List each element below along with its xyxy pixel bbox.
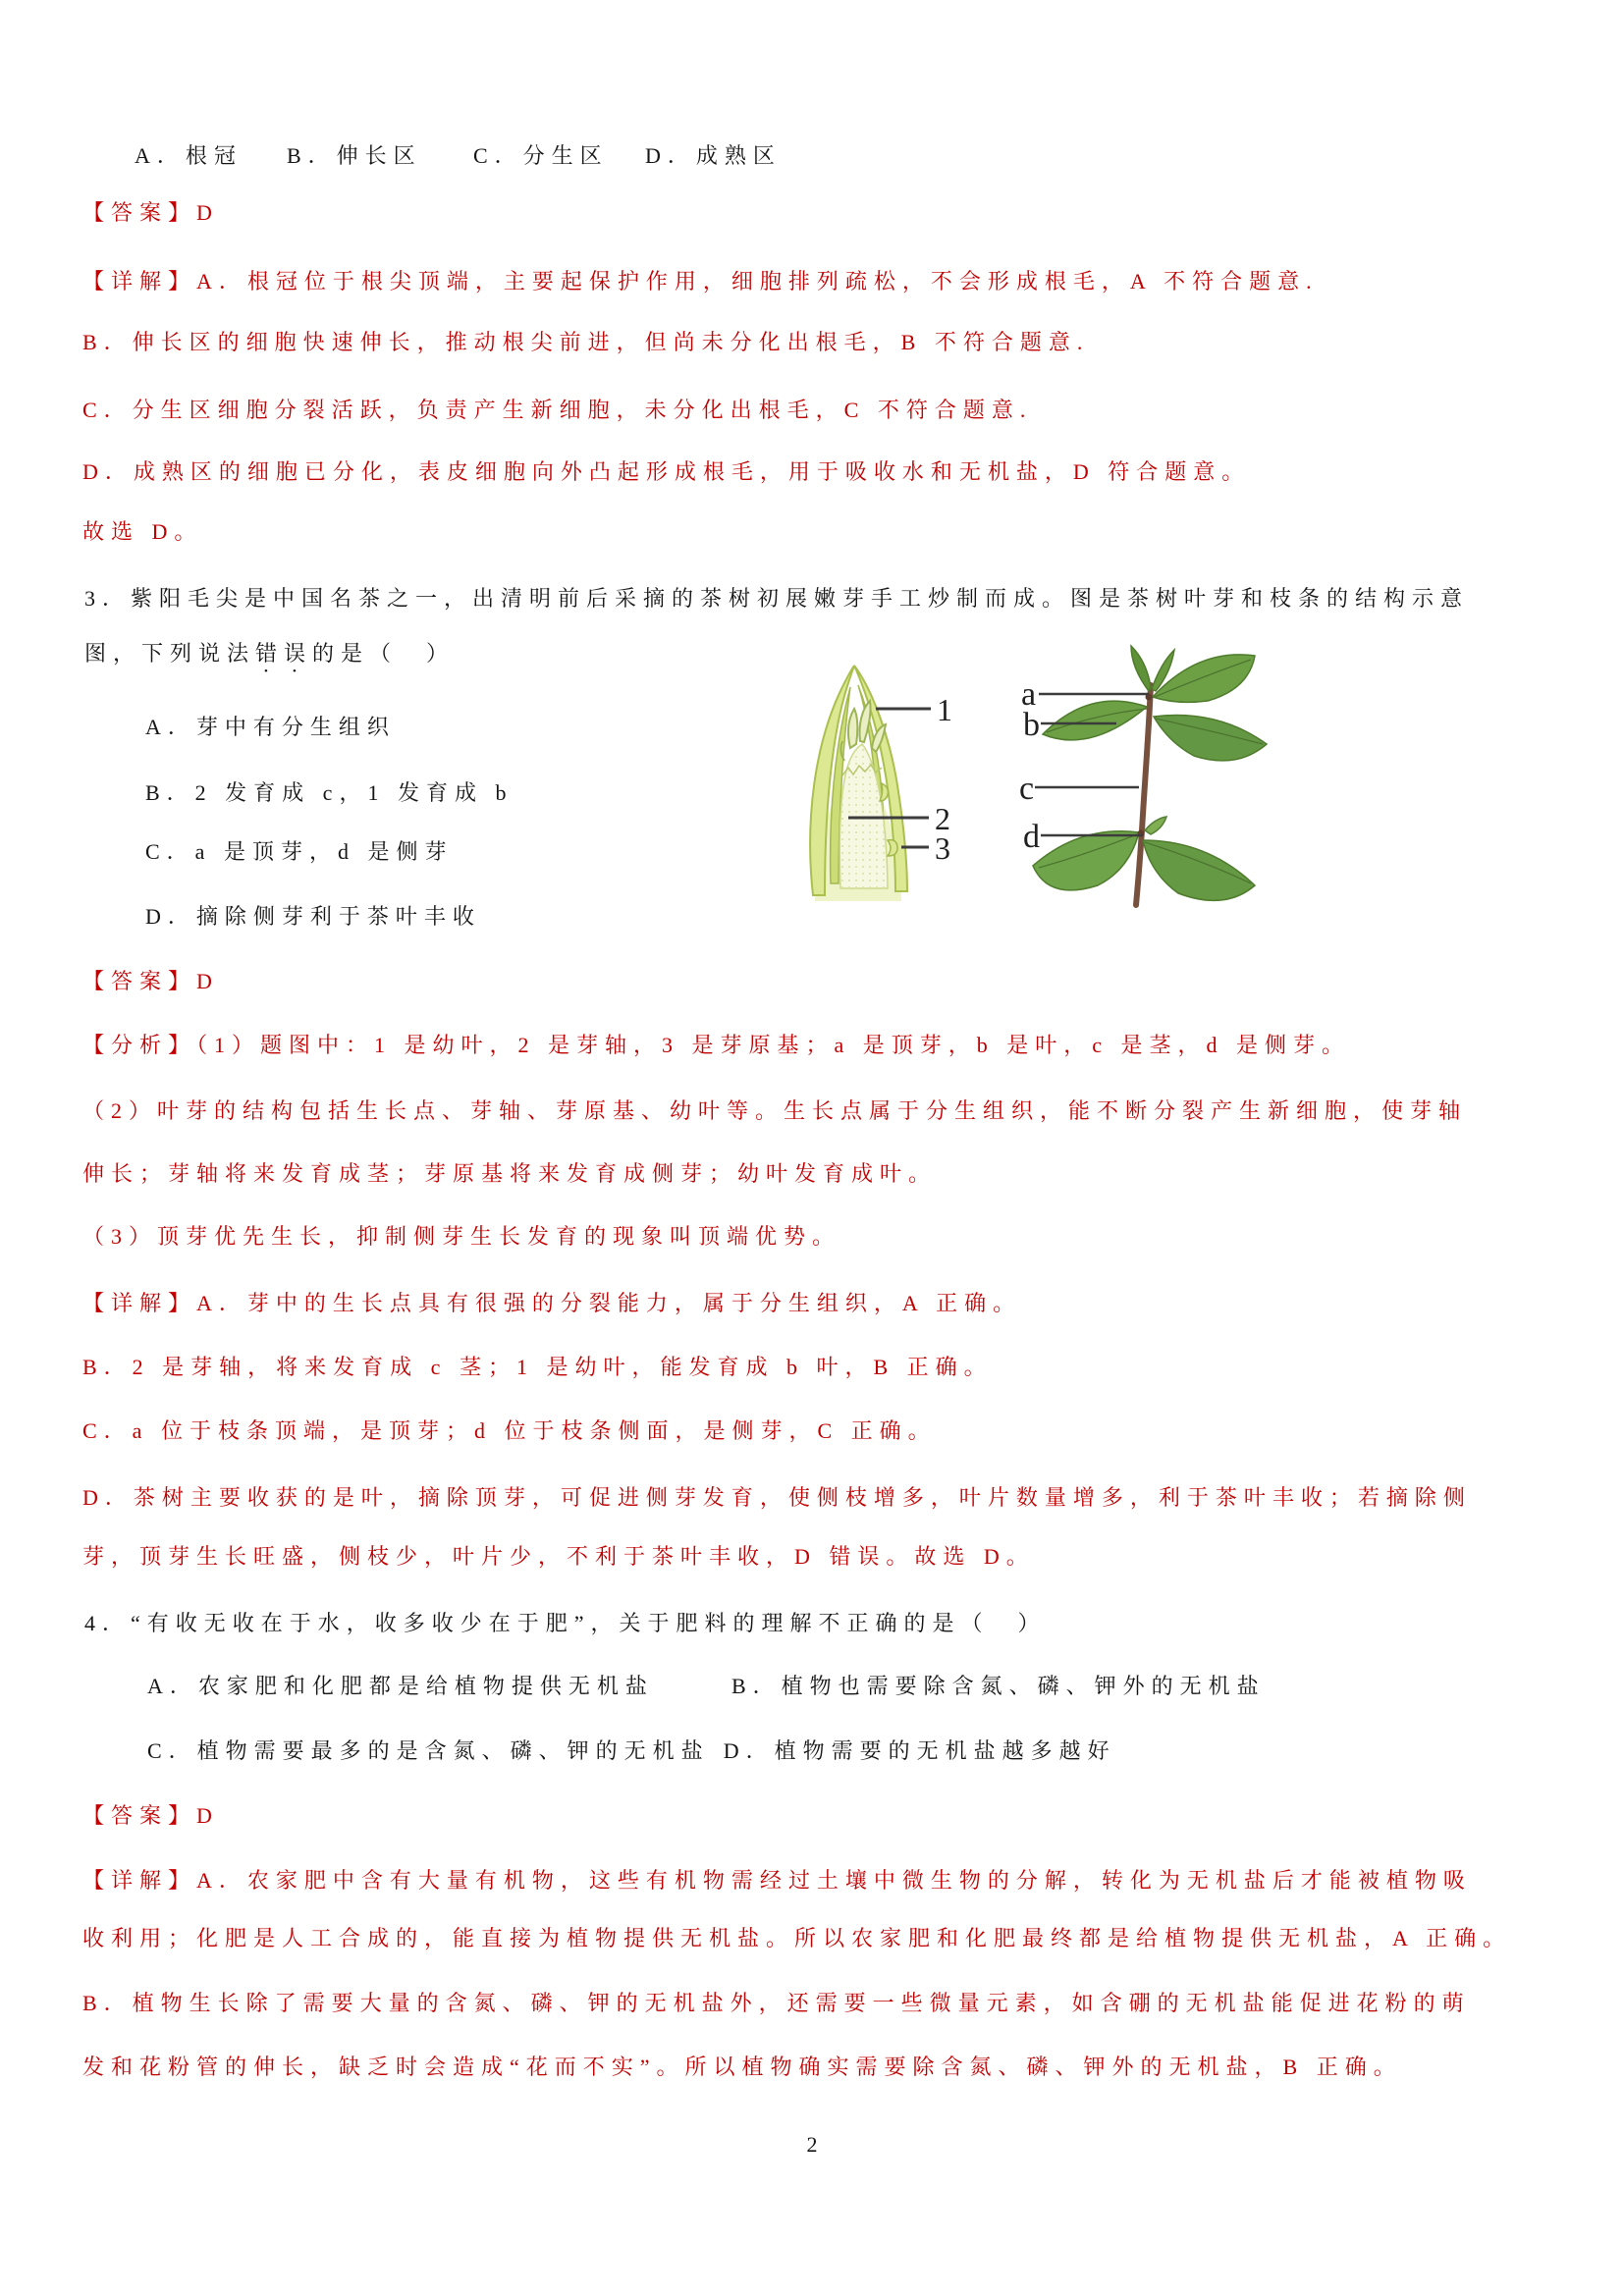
branch-label-c: c: [1019, 771, 1034, 807]
q4-options-cd-row: C．植物需要最多的是含氮、磷、钾的无机盐D．植物需要的无机盐越多越好: [147, 1735, 1116, 1767]
q3-answer: 【答案】D: [82, 966, 219, 997]
q3-stem-line-1: 3．紫阳毛尖是中国名茶之一，出清明前后采摘的茶树初展嫩芽手工炒制而成。图是茶树叶…: [84, 583, 1469, 614]
q2-detail-line-1: 【详解】A．根冠位于根尖顶端，主要起保护作用，细胞排列疏松，不会形成根毛，A 不…: [82, 266, 1319, 297]
q2-conclusion: 故选 D。: [82, 516, 202, 548]
q3-analysis-line-2: （2）叶芽的结构包括生长点、芽轴、芽原基、幼叶等。生长点属于分生组织，能不断分裂…: [82, 1095, 1467, 1127]
q3-detail-line-5: 芽，顶芽生长旺盛，侧枝少，叶片少，不利于茶叶丰收，D 错误。故选 D。: [82, 1541, 1035, 1573]
q4-detail-line-4: 发和花粉管的伸长，缺乏时会造成“花而不实”。所以植物确实需要除含氮、磷、钾外的无…: [82, 2052, 1402, 2083]
q4-option-a: A．农家肥和化肥都是给植物提供无机盐: [147, 1671, 654, 1702]
q2-detail-line-3: C．分生区细胞分裂活跃，负责产生新细胞，未分化出根毛，C 不符合题意.: [82, 395, 1032, 426]
q4-detail-line-3: B．植物生长除了需要大量的含氮、磷、钾的无机盐外，还需要一些微量元素，如含硼的无…: [82, 1988, 1471, 2019]
q2-detail-line-2: B．伸长区的细胞快速伸长，推动根尖前进，但尚未分化出根毛，B 不符合题意.: [82, 327, 1089, 358]
q3-option-d: D．摘除侧芽利于茶叶丰收: [145, 901, 481, 933]
page-number: 2: [0, 2129, 1624, 2161]
q3-option-c: C．a 是顶芽，d 是侧芽: [145, 836, 453, 868]
q4-option-c: C．植物需要最多的是含氮、磷、钾的无机盐: [147, 1738, 710, 1763]
q4-detail-line-2: 收利用；化肥是人工合成的，能直接为植物提供无机盐。所以农家肥和化肥最终都是给植物…: [82, 1923, 1511, 1954]
q3-analysis-line-3: 伸长；芽轴将来发育成茎；芽原基将来发育成侧芽；幼叶发育成叶。: [82, 1158, 937, 1190]
q2-option-b: B．伸长区: [287, 140, 422, 172]
branch-illustration: a b c d: [1019, 646, 1267, 905]
q4-stem: 4．“有收无收在于水，收多收少在于肥”，关于肥料的理解不正确的是（ ）: [84, 1608, 1047, 1639]
branch-label-b: b: [1023, 707, 1040, 743]
q4-option-d: D．植物需要的无机盐越多越好: [724, 1738, 1116, 1763]
q3-detail-line-4: D．茶树主要收获的是叶，摘除顶芽，可促进侧芽发育，使侧枝增多，叶片数量增多，利于…: [82, 1482, 1472, 1514]
q3-figure: 1 2 3: [785, 638, 1276, 918]
q2-answer: 【答案】D: [82, 197, 219, 229]
bud-label-1: 1: [937, 692, 952, 727]
document-page: A．根冠 B．伸长区 C．分生区 D．成熟区 【答案】D 【详解】A．根冠位于根…: [0, 0, 1624, 2296]
q3-detail-line-2: B．2 是芽轴，将来发育成 c 茎；1 是幼叶，能发育成 b 叶，B 正确。: [82, 1352, 993, 1383]
bud-section-illustration: 1 2 3: [810, 666, 952, 901]
q2-detail-line-4: D．成熟区的细胞已分化，表皮细胞向外凸起形成根毛，用于吸收水和无机盐，D 符合题…: [82, 456, 1250, 488]
bud-label-3: 3: [935, 830, 950, 866]
q3-analysis-line-4: （3）顶芽优先生长，抑制侧芽生长发育的现象叫顶端优势。: [82, 1221, 840, 1253]
q3-option-a: A．芽中有分生组织: [145, 712, 396, 743]
q2-option-d: D．成熟区: [645, 140, 782, 172]
q4-answer: 【答案】D: [82, 1800, 219, 1832]
q3-stem-line-2: 图，下列说法错误的是（ ）: [84, 638, 455, 677]
q2-option-a: A．根冠: [135, 140, 243, 172]
q3-stem-line2-pre: 图，下列说法: [84, 641, 255, 666]
branch-label-d: d: [1023, 819, 1040, 855]
q4-detail-line-1: 【详解】A．农家肥中含有大量有机物，这些有机物需经过土壤中微生物的分解，转化为无…: [82, 1865, 1472, 1896]
q3-detail-line-3: C．a 位于枝条顶端，是顶芽；d 位于枝条侧面，是侧芽，C 正确。: [82, 1415, 937, 1447]
q3-analysis-line-1: 【分析】（1）题图中：1 是幼叶，2 是芽轴，3 是芽原基；a 是顶芽，b 是叶…: [82, 1030, 1350, 1061]
q3-stem-emphasis: 错误: [255, 641, 312, 666]
q2-option-c: C．分生区: [473, 140, 609, 172]
q3-detail-line-1: 【详解】A．芽中的生长点具有很强的分裂能力，属于分生组织，A 正确。: [82, 1288, 1021, 1319]
q3-option-b: B．2 发育成 c，1 发育成 b: [145, 777, 513, 809]
q4-option-b: B．植物也需要除含氮、磷、钾外的无机盐: [731, 1671, 1266, 1702]
q3-stem-line2-post: 的是（ ）: [312, 641, 455, 666]
